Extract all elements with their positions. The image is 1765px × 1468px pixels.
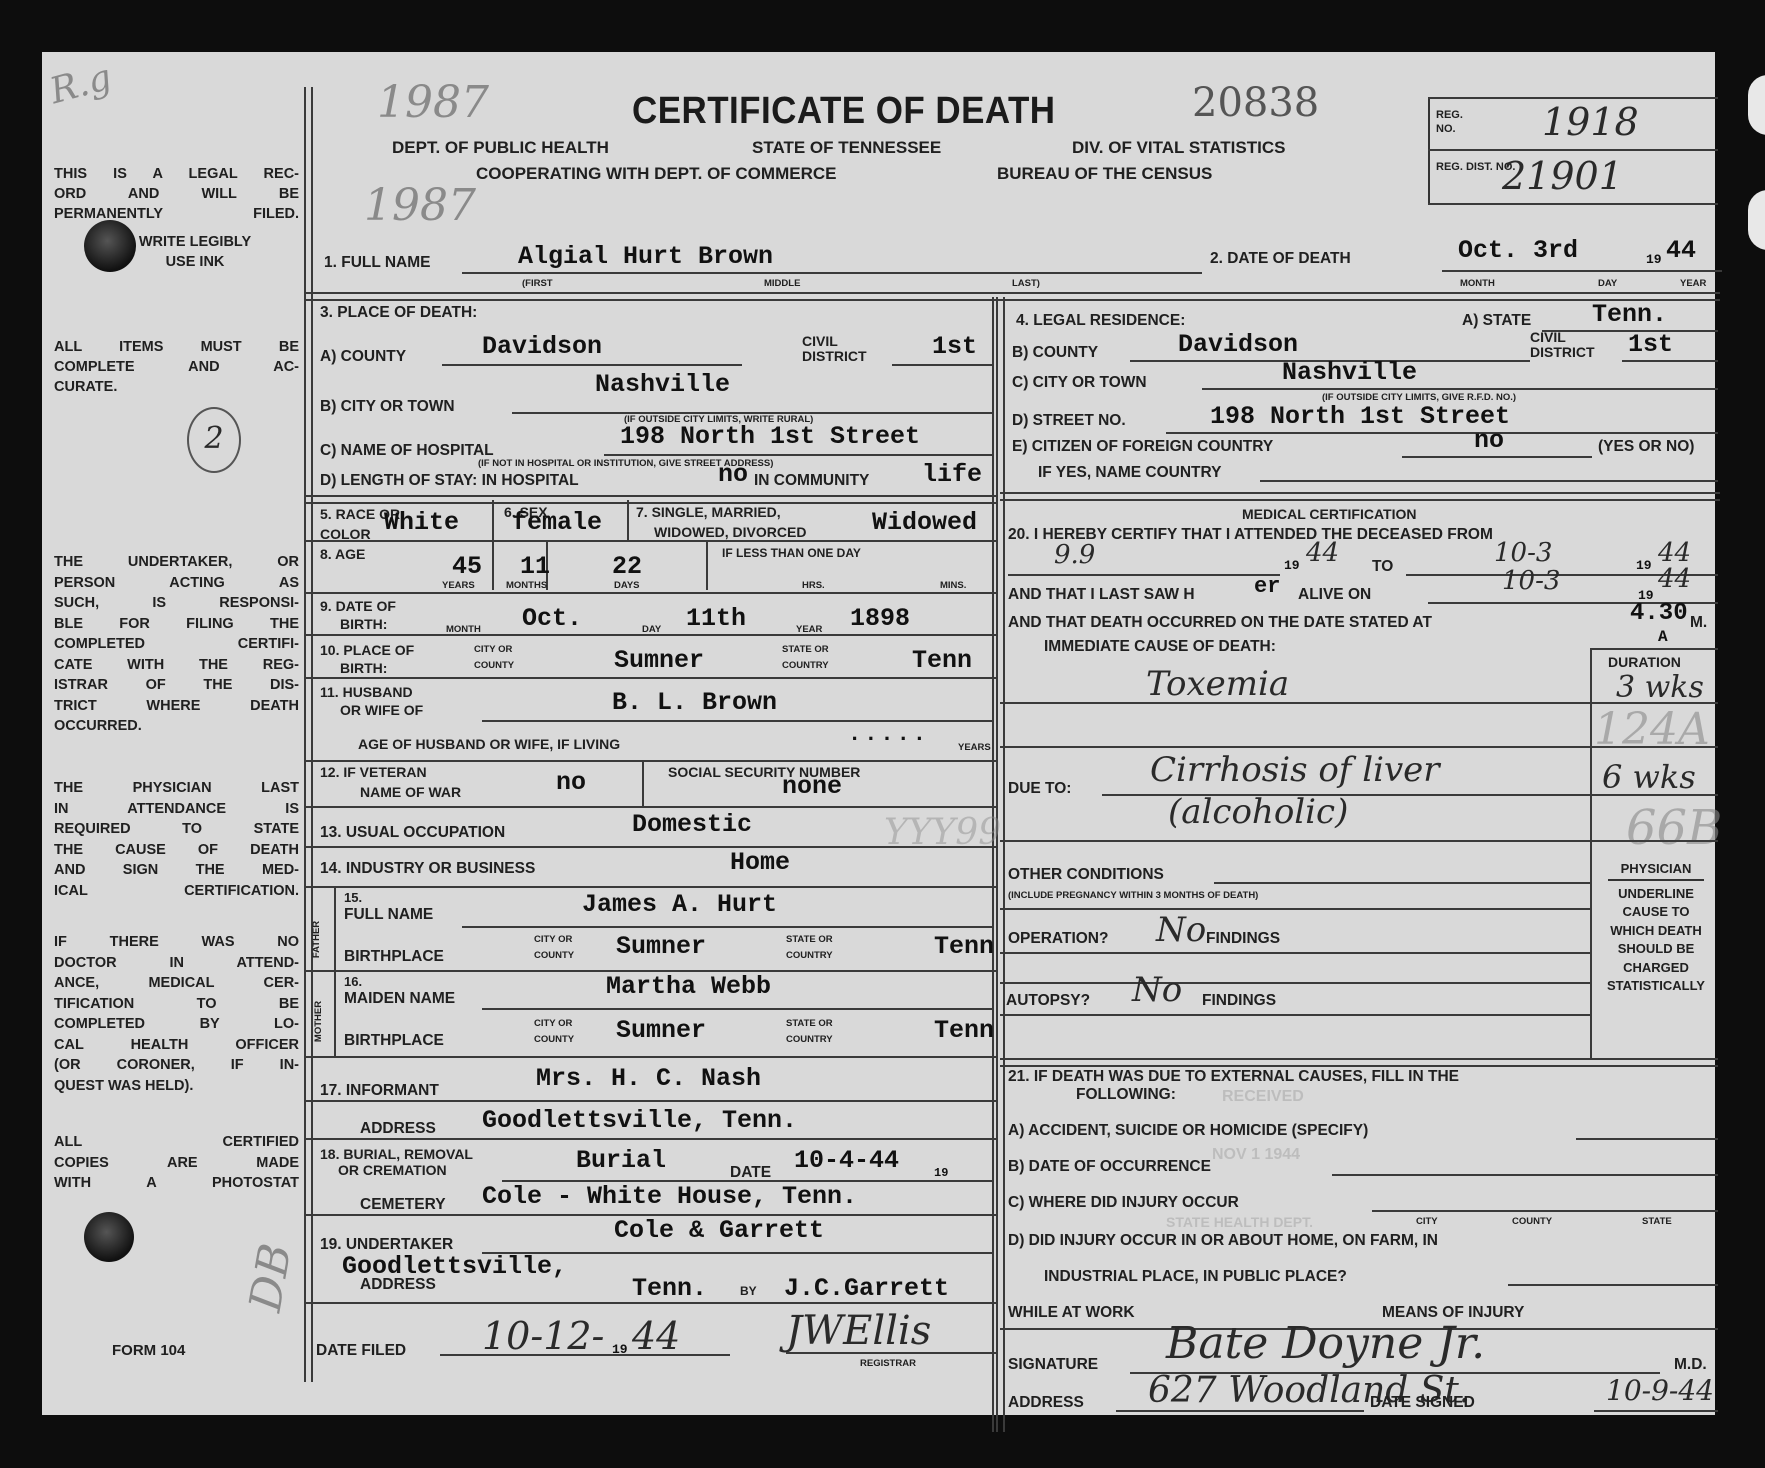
residence-county-value[interactable]: Davidson	[1178, 330, 1298, 359]
reg-no-label: REG. NO.	[1436, 108, 1476, 136]
death-city-value[interactable]: Nashville	[595, 370, 730, 399]
full-name-label: 1. FULL NAME	[324, 254, 431, 272]
mother-name-value[interactable]: Martha Webb	[606, 972, 771, 1001]
death-ampm[interactable]: A	[1658, 628, 1668, 646]
last-seen-year[interactable]: 44	[1658, 564, 1691, 594]
bureau-name: Bureau of the Census	[997, 164, 1212, 184]
notice-legal-record: THIS IS A LEGAL REC- ORD AND WILL BE PER…	[54, 164, 299, 224]
stay-community-value[interactable]: life	[922, 460, 982, 489]
death-county-value[interactable]: Davidson	[482, 332, 602, 361]
date-signed-value: 10-9-44	[1606, 1374, 1714, 1407]
residence-street-value[interactable]: 198 North 1st Street	[1210, 402, 1510, 431]
residence-city-value[interactable]: Nashville	[1282, 358, 1417, 387]
race-value[interactable]: White	[384, 508, 459, 537]
date-of-death-value[interactable]: Oct. 3rd	[1458, 236, 1578, 265]
notice-no-doctor: IF THERE WAS NO DOCTOR IN ATTEND- ANCE, …	[54, 932, 299, 1096]
attended-to-value[interactable]: 10-3	[1494, 538, 1552, 568]
age-years-value[interactable]: 45	[452, 552, 482, 581]
reg-dist-no: 21901	[1502, 154, 1623, 198]
reg-no: 1918	[1542, 100, 1639, 144]
margin-note-2: 1987	[364, 180, 476, 231]
industry-value[interactable]: Home	[730, 848, 790, 877]
notice-write-legibly: WRITE LEGIBLY USE INK	[120, 232, 270, 272]
film-sprocket-hole	[1748, 75, 1765, 135]
due-to-value[interactable]: Cirrhosis of liver	[1150, 750, 1440, 790]
due-to-value-2[interactable]: (alcoholic)	[1168, 792, 1348, 832]
cemetery-value[interactable]: Cole - White House, Tenn.	[482, 1182, 857, 1211]
mother-birthplace-city-value[interactable]: Sumner	[616, 1016, 706, 1045]
state-name: State of Tennessee	[752, 138, 941, 158]
burial-date-value[interactable]: 10-4-44	[794, 1146, 899, 1175]
birth-day-value[interactable]: 11th	[686, 604, 746, 633]
date-filed-year[interactable]: 44	[632, 1314, 680, 1358]
operation-value[interactable]: No	[1156, 910, 1206, 950]
margin-handwriting: DB	[240, 1240, 302, 1315]
attended-from-value[interactable]: 9.9	[1054, 540, 1095, 570]
sidebar-divider	[304, 87, 313, 1382]
death-civil-district-value[interactable]: 1st	[932, 332, 977, 361]
film-sprocket-hole	[1748, 190, 1765, 250]
marital-status-value[interactable]: Widowed	[872, 508, 977, 537]
father-name-value[interactable]: James A. Hurt	[582, 890, 777, 919]
residence-state-value[interactable]: Tenn.	[1592, 300, 1667, 329]
sex-value[interactable]: female	[512, 508, 602, 537]
attended-from-year[interactable]: 44	[1306, 538, 1339, 568]
page-title: CERTIFICATE OF DEATH	[632, 90, 1056, 133]
registrar-signature: JWEllis	[786, 1308, 931, 1354]
last-seen-date[interactable]: 10-3	[1502, 566, 1560, 596]
occupation-value[interactable]: Domestic	[632, 810, 752, 839]
ssn-value[interactable]: none	[782, 772, 842, 801]
hospital-value[interactable]: 198 North 1st Street	[620, 422, 920, 451]
notice-physician: THE PHYSICIAN LAST IN ATTENDANCE IS REQU…	[54, 778, 299, 901]
death-year[interactable]: 44	[1666, 236, 1696, 265]
age-months-value[interactable]: 11	[520, 552, 550, 581]
father-birthplace-city-value[interactable]: Sumner	[616, 932, 706, 961]
foreign-citizen-value[interactable]: no	[1474, 426, 1504, 455]
informant-value[interactable]: Mrs. H. C. Nash	[536, 1064, 761, 1093]
mother-side-label: MOTHER	[313, 1001, 324, 1042]
pronoun-value[interactable]: er	[1254, 574, 1280, 599]
place-of-death-label: 3. PLACE OF DEATH:	[320, 304, 477, 322]
date-filed-value[interactable]: 10-12-	[482, 1314, 604, 1358]
disposition-value[interactable]: Burial	[576, 1146, 666, 1175]
notice-all-items: ALL ITEMS MUST BE COMPLETE AND AC- CURAT…	[54, 337, 299, 397]
punch-hole-icon	[84, 1212, 134, 1262]
age-days-value[interactable]: 22	[612, 552, 642, 581]
birth-year-value[interactable]: 1898	[850, 604, 910, 633]
received-stamp: RECEIVED	[1222, 1088, 1304, 1106]
column-divider	[996, 297, 1005, 1432]
father-birthplace-state-value[interactable]: Tenn	[934, 932, 994, 961]
certificate-number: 20838	[1192, 80, 1319, 126]
dept-public-health: Dept. of Public Health	[392, 138, 609, 158]
death-time-value[interactable]: 4.30	[1630, 600, 1688, 627]
notice-undertaker: THE UNDERTAKER, OR PERSON ACTING AS SUCH…	[54, 552, 299, 737]
informant-address-value[interactable]: Goodlettsville, Tenn.	[482, 1106, 797, 1135]
statistical-code-2: 66B	[1626, 800, 1722, 856]
physician-underline-note: PHYSICIAN UNDERLINE CAUSE TO WHICH DEATH…	[1594, 860, 1718, 996]
form-number: FORM 104	[112, 1342, 185, 1359]
state-health-stamp: STATE HEALTH DEPT.	[1166, 1214, 1313, 1230]
birth-month-value[interactable]: Oct.	[522, 604, 582, 633]
spouse-age-value[interactable]: .....	[848, 722, 929, 747]
immediate-cause-value[interactable]: Toxemia	[1146, 664, 1289, 704]
death-certificate: R.g THIS IS A LEGAL REC- ORD AND WILL BE…	[42, 52, 1715, 1415]
birthplace-city-value[interactable]: Sumner	[614, 646, 704, 675]
margin-note-1: 1987	[377, 77, 489, 128]
father-side-label: FATHER	[311, 921, 322, 958]
immediate-duration-value[interactable]: 3 wks	[1616, 670, 1704, 705]
date-of-death-label: 2. DATE OF DEATH	[1210, 250, 1351, 268]
undertaker-address-state[interactable]: Tenn.	[632, 1274, 707, 1303]
notice-photostat: ALL CERTIFIED COPIES ARE MADE WITH A PHO…	[54, 1132, 299, 1194]
residence-civil-district-value[interactable]: 1st	[1628, 330, 1673, 359]
full-name-value[interactable]: Algial Hurt Brown	[518, 242, 773, 271]
undertaker-value[interactable]: Cole & Garrett	[614, 1216, 824, 1245]
autopsy-value[interactable]: No	[1132, 970, 1182, 1010]
division-name: Div. of Vital Statistics	[1072, 138, 1285, 158]
cooperating-text: Cooperating with Dept. of Commerce	[476, 164, 836, 184]
mother-birthplace-state-value[interactable]: Tenn	[934, 1016, 994, 1045]
physician-signature: Bate Doyne Jr.	[1166, 1318, 1485, 1369]
due-to-duration-value[interactable]: 6 wks	[1602, 758, 1696, 796]
received-stamp-date: NOV 1 1944	[1212, 1146, 1300, 1164]
birthplace-state-value[interactable]: Tenn	[912, 646, 972, 675]
corner-note: R.g	[46, 57, 116, 113]
veteran-value[interactable]: no	[556, 768, 586, 797]
spouse-value[interactable]: B. L. Brown	[612, 688, 777, 717]
stay-hospital-value[interactable]: no	[718, 460, 748, 489]
undertaker-by-value[interactable]: J.C.Garrett	[784, 1274, 949, 1303]
medical-certification-heading: MEDICAL CERTIFICATION	[1242, 506, 1416, 522]
circled-mark: 2	[187, 407, 241, 473]
